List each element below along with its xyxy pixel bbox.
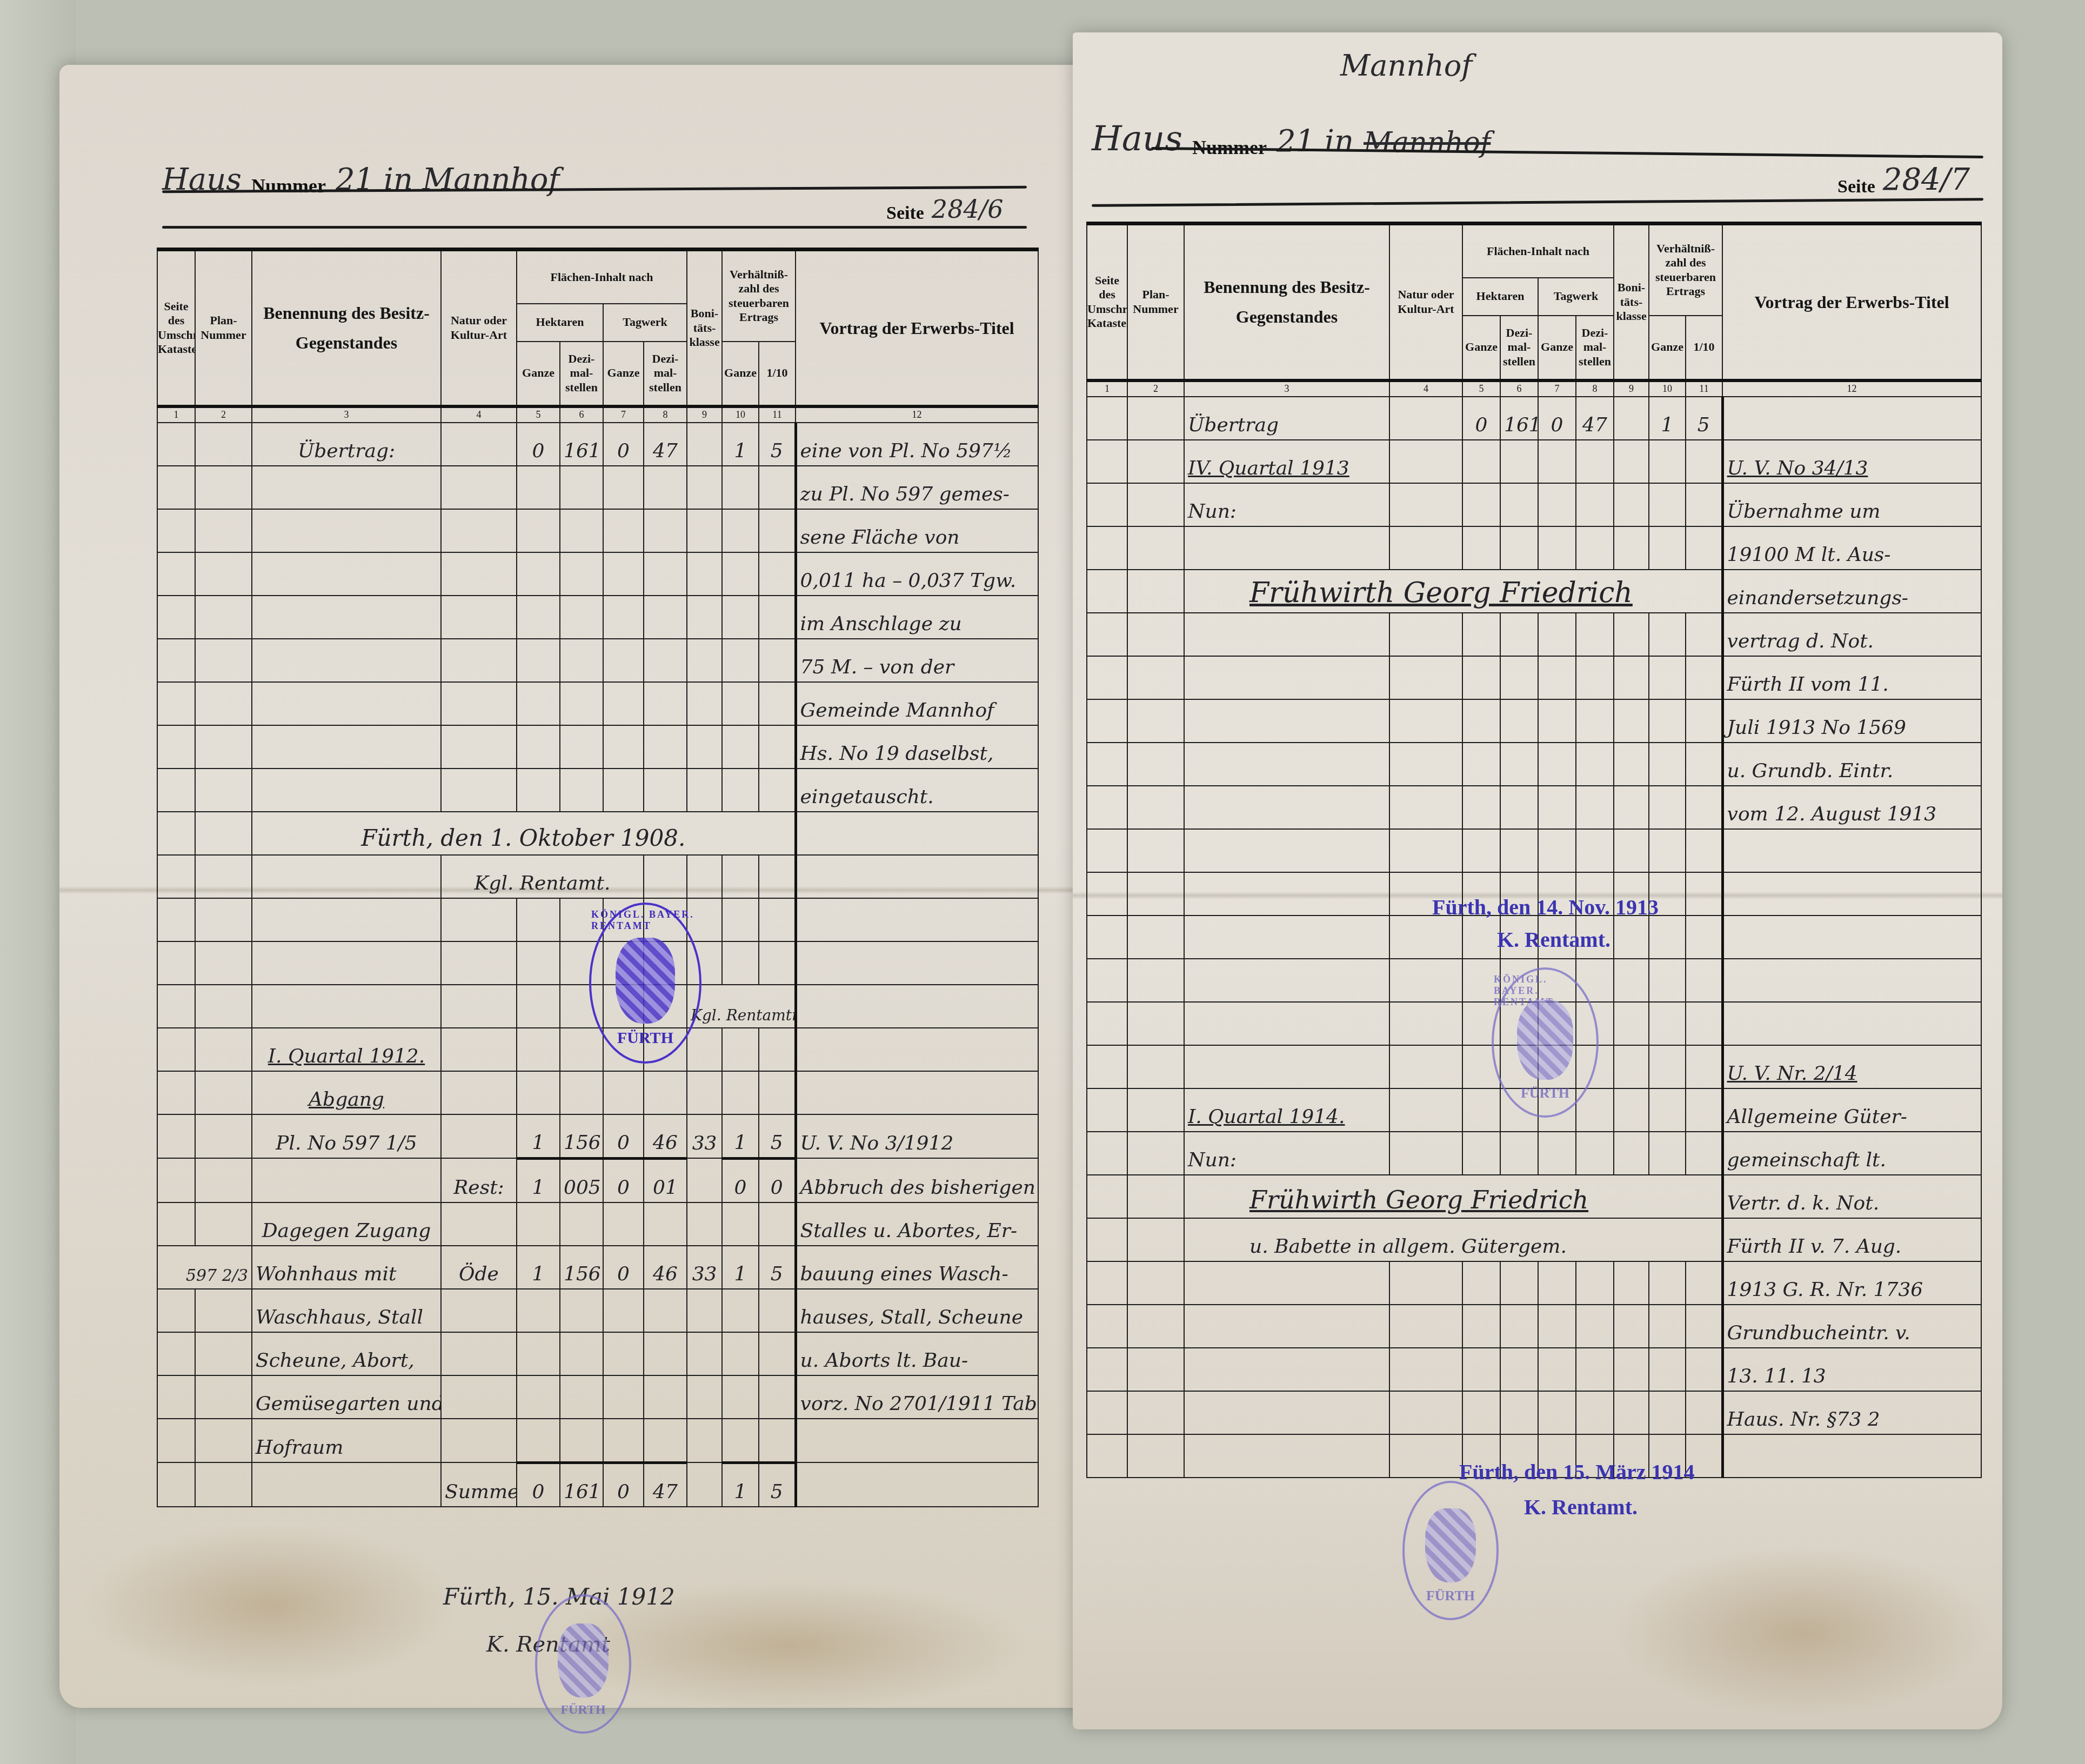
- col-zehntel-header: 1/10: [759, 342, 796, 406]
- table-row: Fürth II vom 11.: [1087, 656, 1981, 699]
- table-row: Frühwirth Georg Friedricheinandersetzung…: [1087, 570, 1981, 613]
- col-dezimal-header: Dezi-mal-stellen: [1500, 316, 1538, 380]
- col-zehntel-header: 1/10: [1686, 316, 1722, 380]
- col-plan-header: Plan-Nummer: [195, 250, 252, 406]
- title-line: 1913 G. R. Nr. 1736: [1722, 1261, 1981, 1305]
- title-line: 0,011 ha – 0,037 Tgw.: [796, 552, 1038, 596]
- table-row: zu Pl. No 597 gemes-: [157, 466, 1038, 509]
- house-number-value: 21 in Mannhof: [336, 162, 559, 197]
- table-row: Hs. No 19 daselbst,: [157, 725, 1038, 769]
- cell-value: 5: [759, 1462, 796, 1507]
- cell-value: 0: [603, 1246, 644, 1289]
- title-line: Hs. No 19 daselbst,: [796, 725, 1038, 769]
- quarter-1912: I. Quartal 1912.: [252, 1028, 441, 1071]
- col-natur-header: Natur oder Kultur-Art: [1389, 224, 1462, 380]
- rest-label: Rest:: [441, 1158, 517, 1202]
- cell-value: 1: [722, 1462, 759, 1507]
- col-titel-header: Vortrag der Erwerbs-Titel: [1722, 224, 1981, 380]
- title-line: einandersetzungs-: [1722, 570, 1981, 613]
- cell-value: 1: [517, 1114, 560, 1159]
- title-line: vom 12. August 1913: [1722, 786, 1981, 829]
- stamp-date-1913: Fürth, den 14. Nov. 1913: [1432, 894, 1659, 920]
- title-line: 75 M. – von der: [796, 639, 1038, 682]
- haus-label: Haus: [1092, 119, 1182, 159]
- cell-value: 0: [722, 1158, 759, 1202]
- table-row: Summe 0 161 0 47 1 5: [157, 1462, 1038, 1507]
- stamp-city: FÜRTH: [1426, 1588, 1475, 1604]
- table-row: Fürth, den 1. Oktober 1908.: [157, 812, 1038, 855]
- table-row: Grundbucheintr. v.: [1087, 1305, 1981, 1348]
- table-row: [1087, 829, 1981, 872]
- col-number: 5: [1462, 380, 1500, 397]
- col-number: 12: [796, 406, 1038, 423]
- cell-value: 33: [687, 1246, 722, 1289]
- title-line: vorz. No 2701/1911 Tab. II: [796, 1375, 1038, 1419]
- zugang-label: Dagegen Zugang: [252, 1202, 441, 1246]
- cell-value: 1: [517, 1246, 560, 1289]
- title-line: gemeinschaft lt.: [1722, 1132, 1981, 1175]
- col-ganze-header: Ganze: [1462, 316, 1500, 380]
- title-line: Grundbucheintr. v.: [1722, 1305, 1981, 1348]
- stamp-ring-text: KÖNIGL. BAYER. RENTAMT: [591, 909, 699, 932]
- col-area-header: Flächen-Inhalt nach: [517, 250, 687, 304]
- table-row: Juli 1913 No 1569: [1087, 699, 1981, 743]
- col-number: 9: [687, 406, 722, 423]
- cell-value: 1: [722, 1114, 759, 1159]
- zugang-description: Wohnhaus mit: [252, 1246, 441, 1289]
- cell-value: 46: [644, 1246, 687, 1289]
- table-row: eingetauscht.: [157, 769, 1038, 812]
- title-line: sene Fläche von: [796, 509, 1038, 552]
- col-tagwerk-header: Tagwerk: [603, 304, 687, 342]
- col-ganze-header: Ganze: [603, 342, 644, 406]
- signoff-signature-1908: Kgl. Rentamtmann: [687, 985, 796, 1028]
- cell-value: 5: [759, 1246, 796, 1289]
- col-hektaren-header: Hektaren: [1462, 278, 1538, 316]
- zugang-description: Waschhaus, Stall: [252, 1289, 441, 1332]
- cell-value: 1: [1649, 397, 1686, 440]
- title-line: vertrag d. Not.: [1722, 613, 1981, 656]
- table-row: 75 M. – von der: [157, 639, 1038, 682]
- col-titel-header: Vortrag der Erwerbs-Titel: [796, 250, 1038, 406]
- col-bonitaet-header: Boni-täts-klasse: [687, 250, 722, 406]
- title-line: 19100 M lt. Aus-: [1722, 526, 1981, 570]
- title-line: eingetauscht.: [796, 769, 1038, 812]
- cell-value: 1: [517, 1158, 560, 1202]
- stamp-office-1914: K. Rentamt.: [1524, 1494, 1638, 1520]
- table-row: vertrag d. Not.: [1087, 613, 1981, 656]
- table-row: Pl. No 597 1/5 1 156 0 46 33 1 5 U. V. N…: [157, 1114, 1038, 1159]
- col-number: 11: [759, 406, 796, 423]
- seite-label: Seite: [886, 203, 924, 224]
- table-row: 13. 11. 13: [1087, 1348, 1981, 1391]
- col-benennung-header: Benennung des Besitz-Gegenstandes: [252, 250, 441, 406]
- col-tagwerk-header: Tagwerk: [1538, 278, 1614, 316]
- owner-name-line2: u. Babette in allgem. Gütergem.: [1184, 1218, 1722, 1261]
- cell-value: 46: [644, 1114, 687, 1159]
- col-ganze-header: Ganze: [1649, 316, 1686, 380]
- col-number: 8: [1576, 380, 1614, 397]
- cell-value: 0: [603, 423, 644, 466]
- col-ganze-header: Ganze: [1538, 316, 1576, 380]
- table-row: Rest: 1 005 0 01 0 0 Abbruch des bisheri…: [157, 1158, 1038, 1202]
- cell-value: 0: [517, 1462, 560, 1507]
- table-row: Frühwirth Georg FriedrichVertr. d. k. No…: [1087, 1175, 1981, 1218]
- col-dezimal-header: Dezi-mal-stellen: [644, 342, 687, 406]
- right-page-number: Seite 284/7: [1837, 162, 1970, 197]
- right-house-header: Haus Nummer 21 in Mannhof: [1092, 119, 1491, 159]
- cell-value: 1: [722, 423, 759, 466]
- title-line: Übernahme um: [1722, 483, 1981, 526]
- col-number: 3: [1184, 380, 1389, 397]
- left-ledger-table: Seite des Umschreib-Katasters Plan-Numme…: [157, 248, 1039, 1507]
- cell-value: 156: [560, 1114, 603, 1159]
- seite-value: 284/6: [932, 195, 1004, 224]
- royal-bavarian-rentamt-stamp: KÖNIGL. BAYER. RENTAMT FÜRTH: [589, 903, 701, 1064]
- col-number: 4: [441, 406, 517, 423]
- table-row: Nun:gemeinschaft lt.: [1087, 1132, 1981, 1175]
- table-row: Scheune, Abort,u. Aborts lt. Bau-: [157, 1332, 1038, 1375]
- title-line: u. Grundb. Eintr.: [1722, 743, 1981, 786]
- table-row: im Anschlage zu: [157, 596, 1038, 639]
- right-ledger-table: Seite des Umschreib-Katasters Plan-Numme…: [1086, 222, 1982, 1478]
- title-line: zu Pl. No 597 gemes-: [796, 466, 1038, 509]
- col-number: 7: [603, 406, 644, 423]
- table-row: Gemeinde Mannhof: [157, 682, 1038, 725]
- cell-value: 161: [1500, 397, 1538, 440]
- stamp-city: FÜRTH: [1521, 1085, 1569, 1101]
- col-number: 5: [517, 406, 560, 423]
- title-line: Haus. Nr. §73 2: [1722, 1391, 1981, 1434]
- cell-value: 161: [560, 423, 603, 466]
- cell-value: 005: [560, 1158, 603, 1202]
- table-row: u. Babette in allgem. Gütergem.Fürth II …: [1087, 1218, 1981, 1261]
- cell-value: 33: [687, 1114, 722, 1159]
- title-line: Abbruch des bisherigen: [796, 1158, 1038, 1202]
- owner-name-1914: Frühwirth Georg Friedrich: [1184, 1175, 1722, 1218]
- cell-value: 01: [644, 1158, 687, 1202]
- col-dezimal-header: Dezi-mal-stellen: [1576, 316, 1614, 380]
- cell-value: 0: [759, 1158, 796, 1202]
- title-line: 13. 11. 13: [1722, 1348, 1981, 1391]
- col-ganze-header: Ganze: [517, 342, 560, 406]
- water-stain: [81, 1524, 459, 1686]
- cell-value: 0: [603, 1114, 644, 1159]
- faded-rentamt-stamp: FÜRTH: [1402, 1481, 1499, 1620]
- col-number: 1: [1087, 380, 1127, 397]
- house-number-value: 21 in: [1277, 124, 1354, 159]
- title-line: Vertr. d. k. Not.: [1722, 1175, 1981, 1218]
- water-stain: [1613, 1546, 1992, 1719]
- table-row: IV. Quartal 1913U. V. No 34/13: [1087, 440, 1981, 483]
- title-line: U. V. No 34/13: [1722, 440, 1981, 483]
- table-row: Nun:Übernahme um: [1087, 483, 1981, 526]
- cell-value: 0: [517, 423, 560, 466]
- header-rule: [162, 226, 1027, 229]
- table-row: Gemüsegarten undvorz. No 2701/1911 Tab. …: [157, 1375, 1038, 1419]
- seite-value: 284/7: [1883, 162, 1970, 197]
- cell-value: 156: [560, 1246, 603, 1289]
- table-row: Hofraum: [157, 1419, 1038, 1463]
- seite-label: Seite: [1837, 177, 1875, 197]
- table-row: 19100 M lt. Aus-: [1087, 526, 1981, 570]
- bavarian-crest-icon: [616, 938, 675, 1024]
- royal-bavarian-rentamt-stamp: KÖNIGL. BAYER. RENTAMT FÜRTH: [1492, 967, 1599, 1118]
- table-row: u. Grundb. Eintr.: [1087, 743, 1981, 786]
- cell-value: 5: [759, 1114, 796, 1159]
- summe-label: Summe: [441, 1462, 517, 1507]
- owner-name-1913: Frühwirth Georg Friedrich: [1184, 570, 1722, 613]
- title-line: Juli 1913 No 1569: [1722, 699, 1981, 743]
- cell-value: 0: [1538, 397, 1576, 440]
- col-seite-header: Seite des Umschreib-Katasters: [1087, 224, 1127, 380]
- stamp-city: FÜRTH: [617, 1029, 673, 1047]
- title-line: bauung eines Wasch-: [796, 1246, 1038, 1289]
- stamp-date-1914: Fürth, den 15. März 1914: [1459, 1459, 1695, 1485]
- title-line: Stalles u. Abortes, Er-: [796, 1202, 1038, 1246]
- abgang-plan: Pl. No 597 1/5: [252, 1114, 441, 1159]
- col-number: 6: [560, 406, 603, 423]
- zugang-description: Hofraum: [252, 1419, 441, 1463]
- col-number: 7: [1538, 380, 1576, 397]
- nun-label: Nun:: [1184, 483, 1389, 526]
- col-number: 2: [195, 406, 252, 423]
- abgang-label: Abgang: [252, 1071, 441, 1114]
- zugang-natur: Öde: [441, 1246, 517, 1289]
- cell-value: 0: [603, 1158, 644, 1202]
- zugang-plan-number: 597 2/3: [157, 1246, 252, 1289]
- place-name-correction: Mannhof: [1340, 49, 1472, 83]
- col-number: 4: [1389, 380, 1462, 397]
- table-row: vom 12. August 1913: [1087, 786, 1981, 829]
- cell-value: 161: [560, 1462, 603, 1507]
- title-line: Fürth II v. 7. Aug.: [1722, 1218, 1981, 1261]
- col-ganze-header: Ganze: [722, 342, 759, 406]
- title-line: U. V. No 3/1912: [796, 1114, 1038, 1159]
- signoff-date-1908: Fürth, den 1. Oktober 1908.: [252, 812, 796, 855]
- col-benennung-header: Benennung des Besitz-Gegenstandes: [1184, 224, 1389, 380]
- col-number: 6: [1500, 380, 1538, 397]
- title-line: im Anschlage zu: [796, 596, 1038, 639]
- faded-rentamt-stamp: FÜRTH: [535, 1594, 631, 1734]
- stamp-office-1913: K. Rentamt.: [1497, 927, 1610, 952]
- quarter-1914: I. Quartal 1914.: [1184, 1088, 1389, 1132]
- title-line: U. V. Nr. 2/14: [1722, 1045, 1981, 1088]
- cell-value: 0: [1462, 397, 1500, 440]
- uebertrag-label: Übertrag: [1184, 397, 1389, 440]
- table-row: 1913 G. R. Nr. 1736: [1087, 1261, 1981, 1305]
- struck-place-name: Mannhof: [1364, 126, 1491, 159]
- cell-value: 47: [644, 1462, 687, 1507]
- nummer-label: Nummer: [251, 175, 326, 197]
- table-row: sene Fläche von: [157, 509, 1038, 552]
- col-number: 9: [1614, 380, 1649, 397]
- zugang-description: Scheune, Abort,: [252, 1332, 441, 1375]
- cell-value: 47: [644, 423, 687, 466]
- table-row: 0,011 ha – 0,037 Tgw.: [157, 552, 1038, 596]
- col-number: 8: [644, 406, 687, 423]
- table-row: 597 2/3 Wohnhaus mit Öde 1 156 0 46 33 1…: [157, 1246, 1038, 1289]
- stamp-city: FÜRTH: [560, 1703, 605, 1718]
- table-row: Abgang: [157, 1071, 1038, 1114]
- cell-value: 47: [1576, 397, 1614, 440]
- col-ertrag-header: Verhältniß-zahl des steuerbaren Ertrags: [722, 250, 796, 342]
- col-area-header: Flächen-Inhalt nach: [1462, 224, 1614, 278]
- title-line: Allgemeine Güter-: [1722, 1088, 1981, 1132]
- bavarian-crest-icon: [1425, 1508, 1476, 1583]
- table-row: I. Quartal 1912.: [157, 1028, 1038, 1071]
- col-ertrag-header: Verhältniß-zahl des steuerbaren Ertrags: [1649, 224, 1722, 316]
- table-row: Übertrag 0 161 0 47 1 5: [1087, 397, 1981, 440]
- title-line: eine von Pl. No 597½: [796, 423, 1038, 466]
- col-number: 10: [1649, 380, 1686, 397]
- col-number: 1: [157, 406, 195, 423]
- bavarian-crest-icon: [558, 1623, 609, 1698]
- title-line: u. Aborts lt. Bau-: [796, 1332, 1038, 1375]
- left-page-number: Seite 284/6: [886, 195, 1003, 224]
- col-hektaren-header: Hektaren: [517, 304, 603, 342]
- nun-label: Nun:: [1184, 1132, 1389, 1175]
- col-dezimal-header: Dezi-mal-stellen: [560, 342, 603, 406]
- col-number: 12: [1722, 380, 1981, 397]
- cell-value: 1: [722, 1246, 759, 1289]
- col-natur-header: Natur oder Kultur-Art: [441, 250, 517, 406]
- title-line: Fürth II vom 11.: [1722, 656, 1981, 699]
- col-number: 2: [1127, 380, 1184, 397]
- col-plan-header: Plan-Nummer: [1127, 224, 1184, 380]
- table-row: Übertrag: 0 161 0 47 1 5 eine von Pl. No…: [157, 423, 1038, 466]
- bavarian-crest-icon: [1517, 1000, 1574, 1080]
- col-number: 11: [1686, 380, 1722, 397]
- col-number: 10: [722, 406, 759, 423]
- table-row: Kgl. Rentamt.: [157, 855, 1038, 898]
- table-row: Dagegen ZugangStalles u. Abortes, Er-: [157, 1202, 1038, 1246]
- col-number: 3: [252, 406, 441, 423]
- col-bonitaet-header: Boni-täts-klasse: [1614, 224, 1649, 380]
- uebertrag-label: Übertrag:: [252, 423, 441, 466]
- signoff-office-1908: Kgl. Rentamt.: [441, 855, 644, 898]
- title-line: Gemeinde Mannhof: [796, 682, 1038, 725]
- cell-value: 0: [603, 1462, 644, 1507]
- table-row: Waschhaus, Stallhauses, Stall, Scheune: [157, 1289, 1038, 1332]
- cell-value: 5: [1686, 397, 1722, 440]
- title-line: hauses, Stall, Scheune: [796, 1289, 1038, 1332]
- col-seite-header: Seite des Umschreib-Katasters: [157, 250, 195, 406]
- table-row: Haus. Nr. §73 2: [1087, 1391, 1981, 1434]
- cell-value: 5: [759, 423, 796, 466]
- quarter-1913: IV. Quartal 1913: [1184, 440, 1389, 483]
- zugang-description: Gemüsegarten und: [252, 1375, 441, 1419]
